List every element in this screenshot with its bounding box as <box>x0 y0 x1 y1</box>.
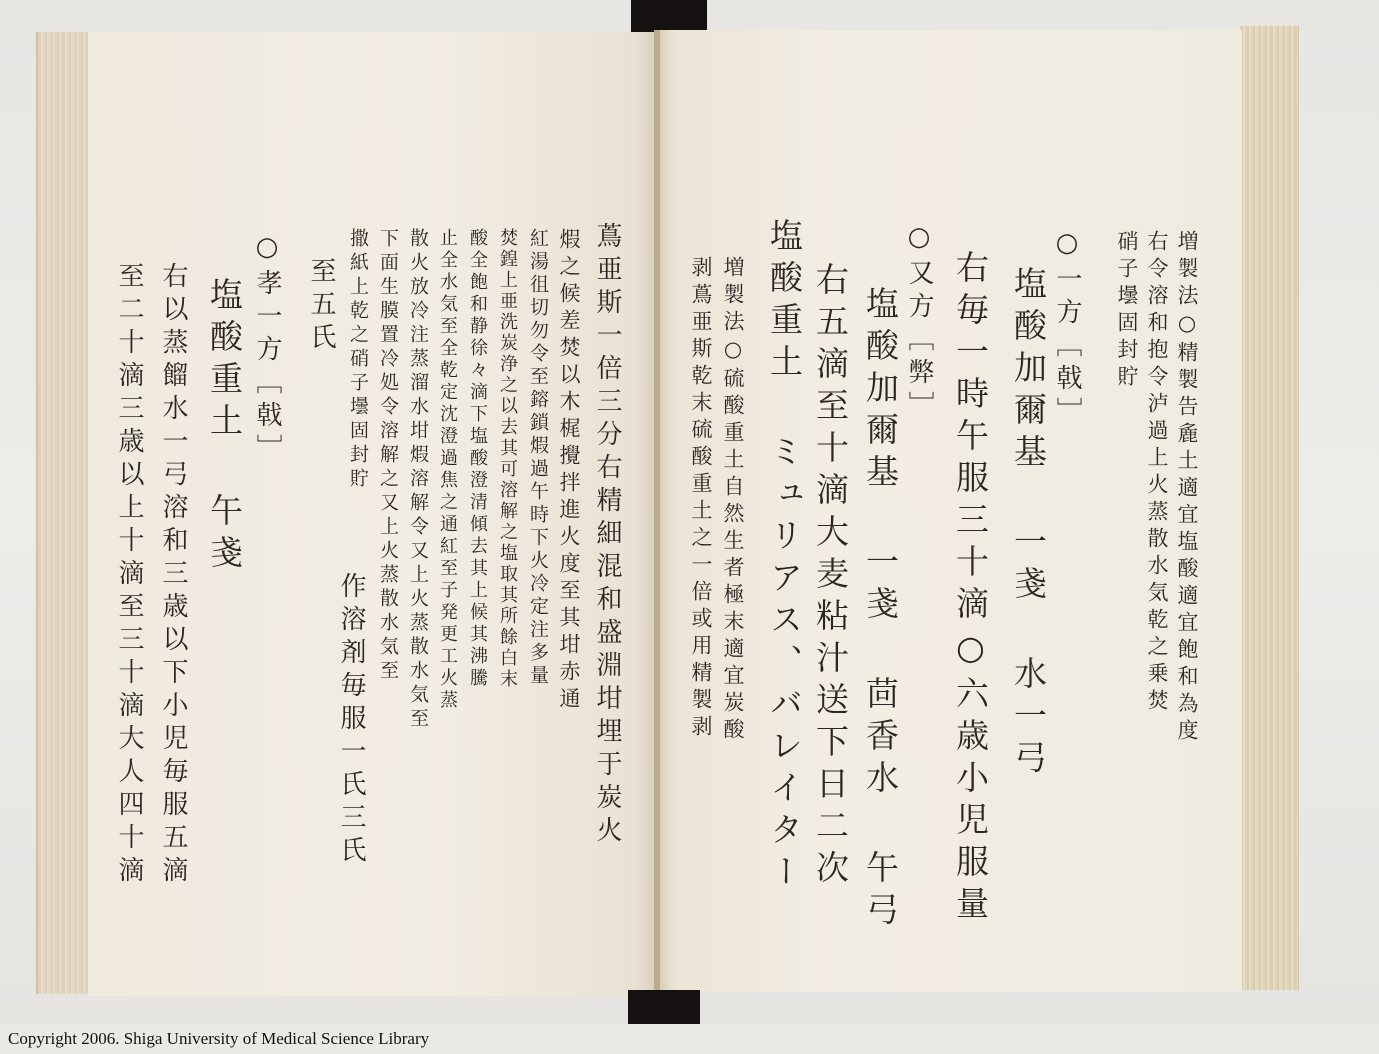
text-column: 撒紙上乾之硝子壜固封貯 <box>348 228 367 492</box>
page-edges-left <box>36 32 94 994</box>
text-column: 硝子壜固封貯 <box>1116 230 1137 392</box>
text-column: 至五氏 <box>308 257 334 356</box>
text-column: 右毎一時午服三十滴○六歳小児服量 <box>954 250 987 928</box>
text-column: 散火放冷注蒸溜水坩煆溶解令又上火蒸散水気至 <box>408 228 427 732</box>
ingredient-line: 塩酸加爾基 一戔 茴香水 午弓 <box>864 286 897 934</box>
ingredient-line: 塩酸重土 午戔 <box>208 277 241 577</box>
text-column: 下面生膜置冷処令溶解之又上火蒸散水気至 <box>378 228 397 684</box>
text-column: 右以蒸餾水一弓溶和三歳以下小児毎服五滴 <box>160 262 186 889</box>
left-page: 蔦亜斯一倍三分右精細混和盛淵坩埋于炭火 煆之候差焚以木梶攪拌進火度至其坩赤通 紅… <box>88 32 656 996</box>
section-heading: ○一方［戟］ <box>1054 228 1080 430</box>
right-page: 増製法○精製告麁土適宜塩酸適宜飽和為度 右令溶和抱令泸過上火蒸散水気乾之乗焚 硝… <box>658 30 1242 992</box>
bookmark-ribbon-bottom <box>628 990 700 1024</box>
text-column: 焚鍠上亜洗炭浄之以去其可溶解之塩取其所餘白末 <box>498 228 516 690</box>
ingredient-line: 塩酸加爾基 一戔 水一弓 <box>1012 266 1045 782</box>
text-column: 煆之候差焚以木梶攪拌進火度至其坩赤通 <box>558 228 579 714</box>
section-heading: ○孝一方［戟］ <box>254 232 280 467</box>
text-column: 右五滴至十滴大麦粘汁送下日二次 <box>814 262 847 892</box>
text-column: 酸全飽和静徐々滴下塩酸澄清傾去其上候其沸騰 <box>468 228 486 690</box>
text-column: 止全水気至全乾定沈澄過焦之通紅至子発更工火蒸 <box>438 228 456 712</box>
text-column: 蔦亜斯一倍三分右精細混和盛淵坩埋于炭火 <box>594 222 620 849</box>
text-column: 作溶剤毎服一氏三氏 <box>338 572 364 869</box>
page-edges-right <box>1240 26 1299 990</box>
ingredient-heading: 塩酸重土 ミュリアス、バレイター <box>768 218 801 896</box>
text-column: 至二十滴三歳以上十滴至三十滴大人四十滴 <box>116 262 142 889</box>
text-column: 右令溶和抱令泸過上火蒸散水気乾之乗焚 <box>1146 230 1167 716</box>
text-column: 剥蔦亜斯乾末硫酸重土之一倍或用精製剥 <box>690 256 711 742</box>
book-gutter <box>654 30 660 996</box>
text-column: 増製法○硫酸重土自然生者極末適宜炭酸 <box>722 256 743 745</box>
copyright-notice: Copyright 2006. Shiga University of Medi… <box>8 1029 429 1049</box>
text-column: 紅湯徂切勿令至鎔鎖煆過午時下火冷定注多量 <box>528 228 547 688</box>
section-heading: ○又方［弊］ <box>906 222 932 424</box>
text-column: 増製法○精製告麁土適宜塩酸適宜飽和為度 <box>1176 230 1197 746</box>
